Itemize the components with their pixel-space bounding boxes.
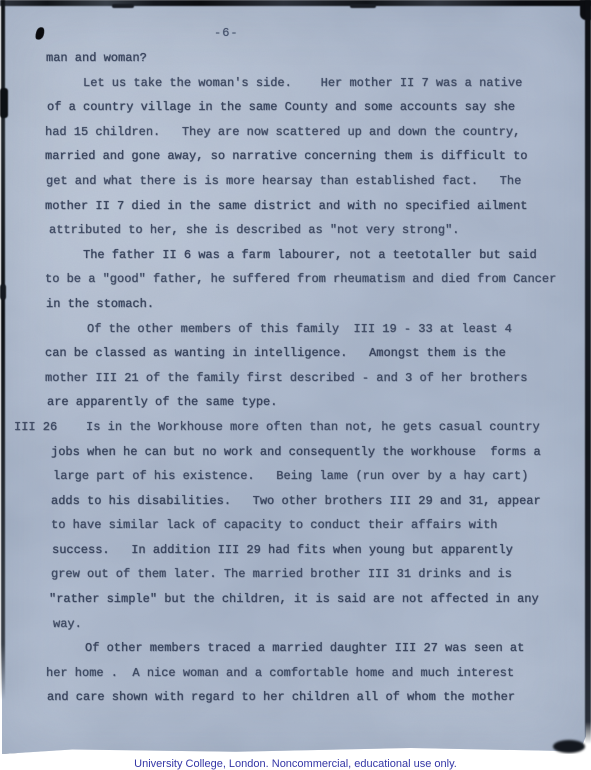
text-line: grew out of them later. The married brot… xyxy=(45,562,583,587)
text-line: married and gone away, so narrative conc… xyxy=(45,144,583,169)
text-line: jobs when he can but no work and consequ… xyxy=(45,440,583,465)
text-line-pedigree-item: III 26 Is in the Workhouse more often th… xyxy=(14,415,584,440)
text-line: success. In addition III 29 had fits whe… xyxy=(46,538,584,563)
text-line: in the stomach. xyxy=(46,292,584,317)
text-line: and care shown with regard to her childr… xyxy=(47,685,585,710)
text-line: Of other members traced a married daught… xyxy=(45,636,583,661)
text-line: her home . A nice woman and a comfortabl… xyxy=(46,661,584,686)
text-line: The father II 6 was a farm labourer, not… xyxy=(43,243,581,268)
text-line: to have similar lack of capacity to cond… xyxy=(45,513,583,538)
scan-edge-top xyxy=(0,0,591,6)
text-line: are apparently of the same type. xyxy=(47,390,585,415)
text-line: mother II 7 died in the same district an… xyxy=(45,194,583,219)
scan-edge-blob xyxy=(0,88,8,118)
text-line: attributed to her, she is described as "… xyxy=(45,218,583,243)
text-line: had 15 children. They are now scattered … xyxy=(45,120,583,145)
text-line: large part of his existence. Being lame … xyxy=(47,464,585,489)
text-line: to be a "good" father, he suffered from … xyxy=(45,267,583,292)
text-line: mother III 21 of the family first descri… xyxy=(45,366,583,391)
scanned-page: -6- man and woman? Let us take the woman… xyxy=(0,0,591,770)
text-line: adds to his disabilities. Two other brot… xyxy=(45,489,583,514)
text-line: man and woman? xyxy=(46,46,584,71)
typed-text-block: man and woman? Let us take the woman's s… xyxy=(45,46,583,710)
scan-edge-right xyxy=(585,0,591,744)
text-line: can be classed as wanting in intelligenc… xyxy=(45,341,583,366)
text-line: get and what there is is more hearsay th… xyxy=(46,169,584,194)
scan-smudge-bottom-right xyxy=(553,740,585,753)
text-line: way. xyxy=(47,612,585,637)
text-line: "rather simple" but the children, it is … xyxy=(43,587,581,612)
scan-edge-notch xyxy=(350,4,376,8)
text-line: of a country village in the same County … xyxy=(47,95,585,120)
text-line: Of the other members of this family III … xyxy=(47,317,585,342)
scan-edge-blob xyxy=(0,284,6,300)
attribution-footer: University College, London. Noncommercia… xyxy=(0,754,591,770)
text-line: Let us take the woman's side. Her mother… xyxy=(43,71,581,96)
page-number: -6- xyxy=(214,26,239,40)
scan-edge-notch xyxy=(112,4,134,8)
attribution-caption: University College, London. Noncommercia… xyxy=(134,758,457,770)
